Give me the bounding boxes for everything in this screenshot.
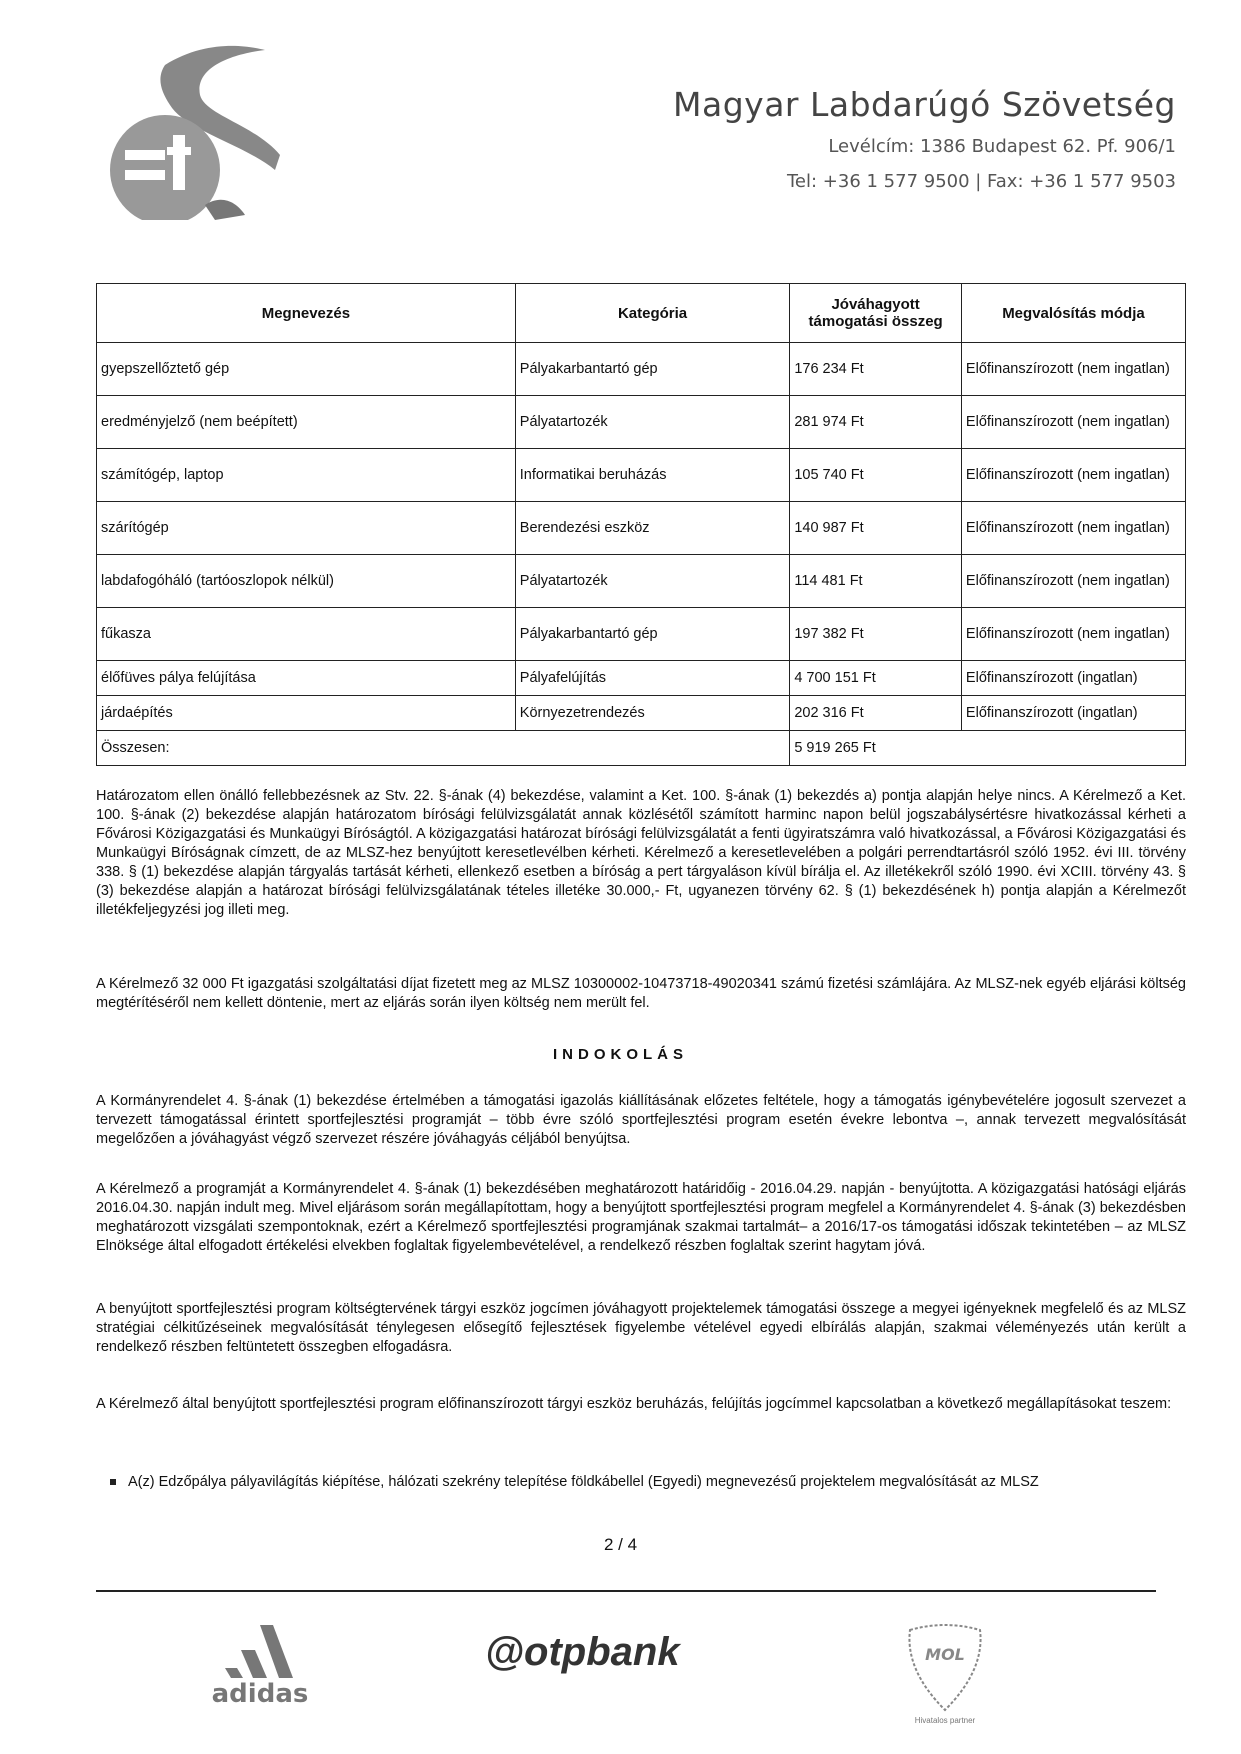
item-category: Informatikai beruházás	[515, 449, 790, 502]
svg-text:MOL: MOL	[925, 1645, 965, 1664]
item-name: járdaépítés	[97, 696, 516, 731]
footer-divider	[96, 1590, 1156, 1592]
item-mode: Előfinanszírozott (nem ingatlan)	[961, 343, 1185, 396]
item-category: Pályakarbantartó gép	[515, 343, 790, 396]
finding-text: A(z) Edzőpálya pályavilágítás kiépítése,…	[128, 1474, 1039, 1490]
item-mode: Előfinanszírozott (nem ingatlan)	[961, 555, 1185, 608]
item-category: Környezetrendezés	[515, 696, 790, 731]
item-amount: 114 481 Ft	[790, 555, 962, 608]
approved-items-table: Megnevezés Kategória Jóváhagyott támogat…	[96, 283, 1186, 766]
item-category: Pályatartozék	[515, 396, 790, 449]
table-header-row: Megnevezés Kategória Jóváhagyott támogat…	[97, 284, 1186, 343]
table-row: járdaépítés Környezetrendezés 202 316 Ft…	[97, 696, 1186, 731]
item-name: eredményjelző (nem beépített)	[97, 396, 516, 449]
item-amount: 176 234 Ft	[790, 343, 962, 396]
item-amount: 140 987 Ft	[790, 502, 962, 555]
column-header-amount: Jóváhagyott támogatási összeg	[790, 284, 962, 343]
item-amount: 4 700 151 Ft	[790, 661, 962, 696]
adidas-logo-icon: adidas	[205, 1620, 315, 1705]
item-amount: 202 316 Ft	[790, 696, 962, 731]
mlsz-crest-logo-icon	[95, 35, 285, 220]
mol-logo-icon: MOL	[900, 1620, 990, 1715]
item-name: szárítógép	[97, 502, 516, 555]
item-mode: Előfinanszírozott (nem ingatlan)	[961, 396, 1185, 449]
otpbank-wordmark: otpbank	[524, 1630, 680, 1674]
item-amount: 105 740 Ft	[790, 449, 962, 502]
table-row: számítógép, laptop Informatikai beruházá…	[97, 449, 1186, 502]
section-heading-reasoning: INDOKOLÁS	[0, 1046, 1241, 1063]
letterhead: Magyar Labdarúgó Szövetség Levélcím: 138…	[673, 85, 1176, 192]
page-number: 2 / 4	[0, 1535, 1241, 1555]
table-row: szárítógép Berendezési eszköz 140 987 Ft…	[97, 502, 1186, 555]
finding-list-item: A(z) Edzőpálya pályavilágítás kiépítése,…	[110, 1474, 1190, 1490]
item-category: Pályakarbantartó gép	[515, 608, 790, 661]
total-label: Összesen:	[97, 731, 790, 766]
total-amount: 5 919 265 Ft	[790, 731, 1186, 766]
table-row: labdafogóháló (tartóoszlopok nélkül) Pál…	[97, 555, 1186, 608]
table-total-row: Összesen: 5 919 265 Ft	[97, 731, 1186, 766]
item-mode: Előfinanszírozott (ingatlan)	[961, 696, 1185, 731]
contact-numbers: Tel: +36 1 577 9500 | Fax: +36 1 577 950…	[673, 171, 1176, 192]
otpbank-swirl-icon: @	[485, 1630, 524, 1674]
otpbank-logo: @otpbank	[485, 1630, 680, 1675]
reasoning-paragraph-1: A Kormányrendelet 4. §-ának (1) bekezdés…	[96, 1092, 1186, 1149]
item-category: Berendezési eszköz	[515, 502, 790, 555]
bullet-icon	[110, 1479, 116, 1485]
item-mode: Előfinanszírozott (nem ingatlan)	[961, 608, 1185, 661]
mol-caption: Hivatalos partner	[900, 1716, 990, 1725]
item-mode: Előfinanszírozott (ingatlan)	[961, 661, 1185, 696]
table-row: eredményjelző (nem beépített) Pályatarto…	[97, 396, 1186, 449]
postal-address: Levélcím: 1386 Budapest 62. Pf. 906/1	[673, 136, 1176, 157]
item-name: számítógép, laptop	[97, 449, 516, 502]
fee-paragraph: A Kérelmező 32 000 Ft igazgatási szolgál…	[96, 975, 1186, 1013]
item-name: fűkasza	[97, 608, 516, 661]
item-name: gyepszellőztető gép	[97, 343, 516, 396]
column-header-mode: Megvalósítás módja	[961, 284, 1185, 343]
item-mode: Előfinanszírozott (nem ingatlan)	[961, 449, 1185, 502]
item-category: Pályatartozék	[515, 555, 790, 608]
item-category: Pályafelújítás	[515, 661, 790, 696]
reasoning-paragraph-2: A Kérelmező a programját a Kormányrendel…	[96, 1180, 1186, 1256]
reasoning-paragraph-4: A Kérelmező által benyújtott sportfejles…	[96, 1395, 1186, 1414]
table-row: gyepszellőztető gép Pályakarbantartó gép…	[97, 343, 1186, 396]
item-name: labdafogóháló (tartóoszlopok nélkül)	[97, 555, 516, 608]
appeal-paragraph: Határozatom ellen önálló fellebbezésnek …	[96, 787, 1186, 920]
item-amount: 197 382 Ft	[790, 608, 962, 661]
item-mode: Előfinanszírozott (nem ingatlan)	[961, 502, 1185, 555]
table-row: fűkasza Pályakarbantartó gép 197 382 Ft …	[97, 608, 1186, 661]
column-header-name: Megnevezés	[97, 284, 516, 343]
item-amount: 281 974 Ft	[790, 396, 962, 449]
svg-text:adidas: adidas	[212, 1679, 309, 1705]
item-name: élőfüves pálya felújítása	[97, 661, 516, 696]
column-header-category: Kategória	[515, 284, 790, 343]
organization-name: Magyar Labdarúgó Szövetség	[673, 85, 1176, 124]
table-row: élőfüves pálya felújítása Pályafelújítás…	[97, 661, 1186, 696]
reasoning-paragraph-3: A benyújtott sportfejlesztési program kö…	[96, 1300, 1186, 1357]
